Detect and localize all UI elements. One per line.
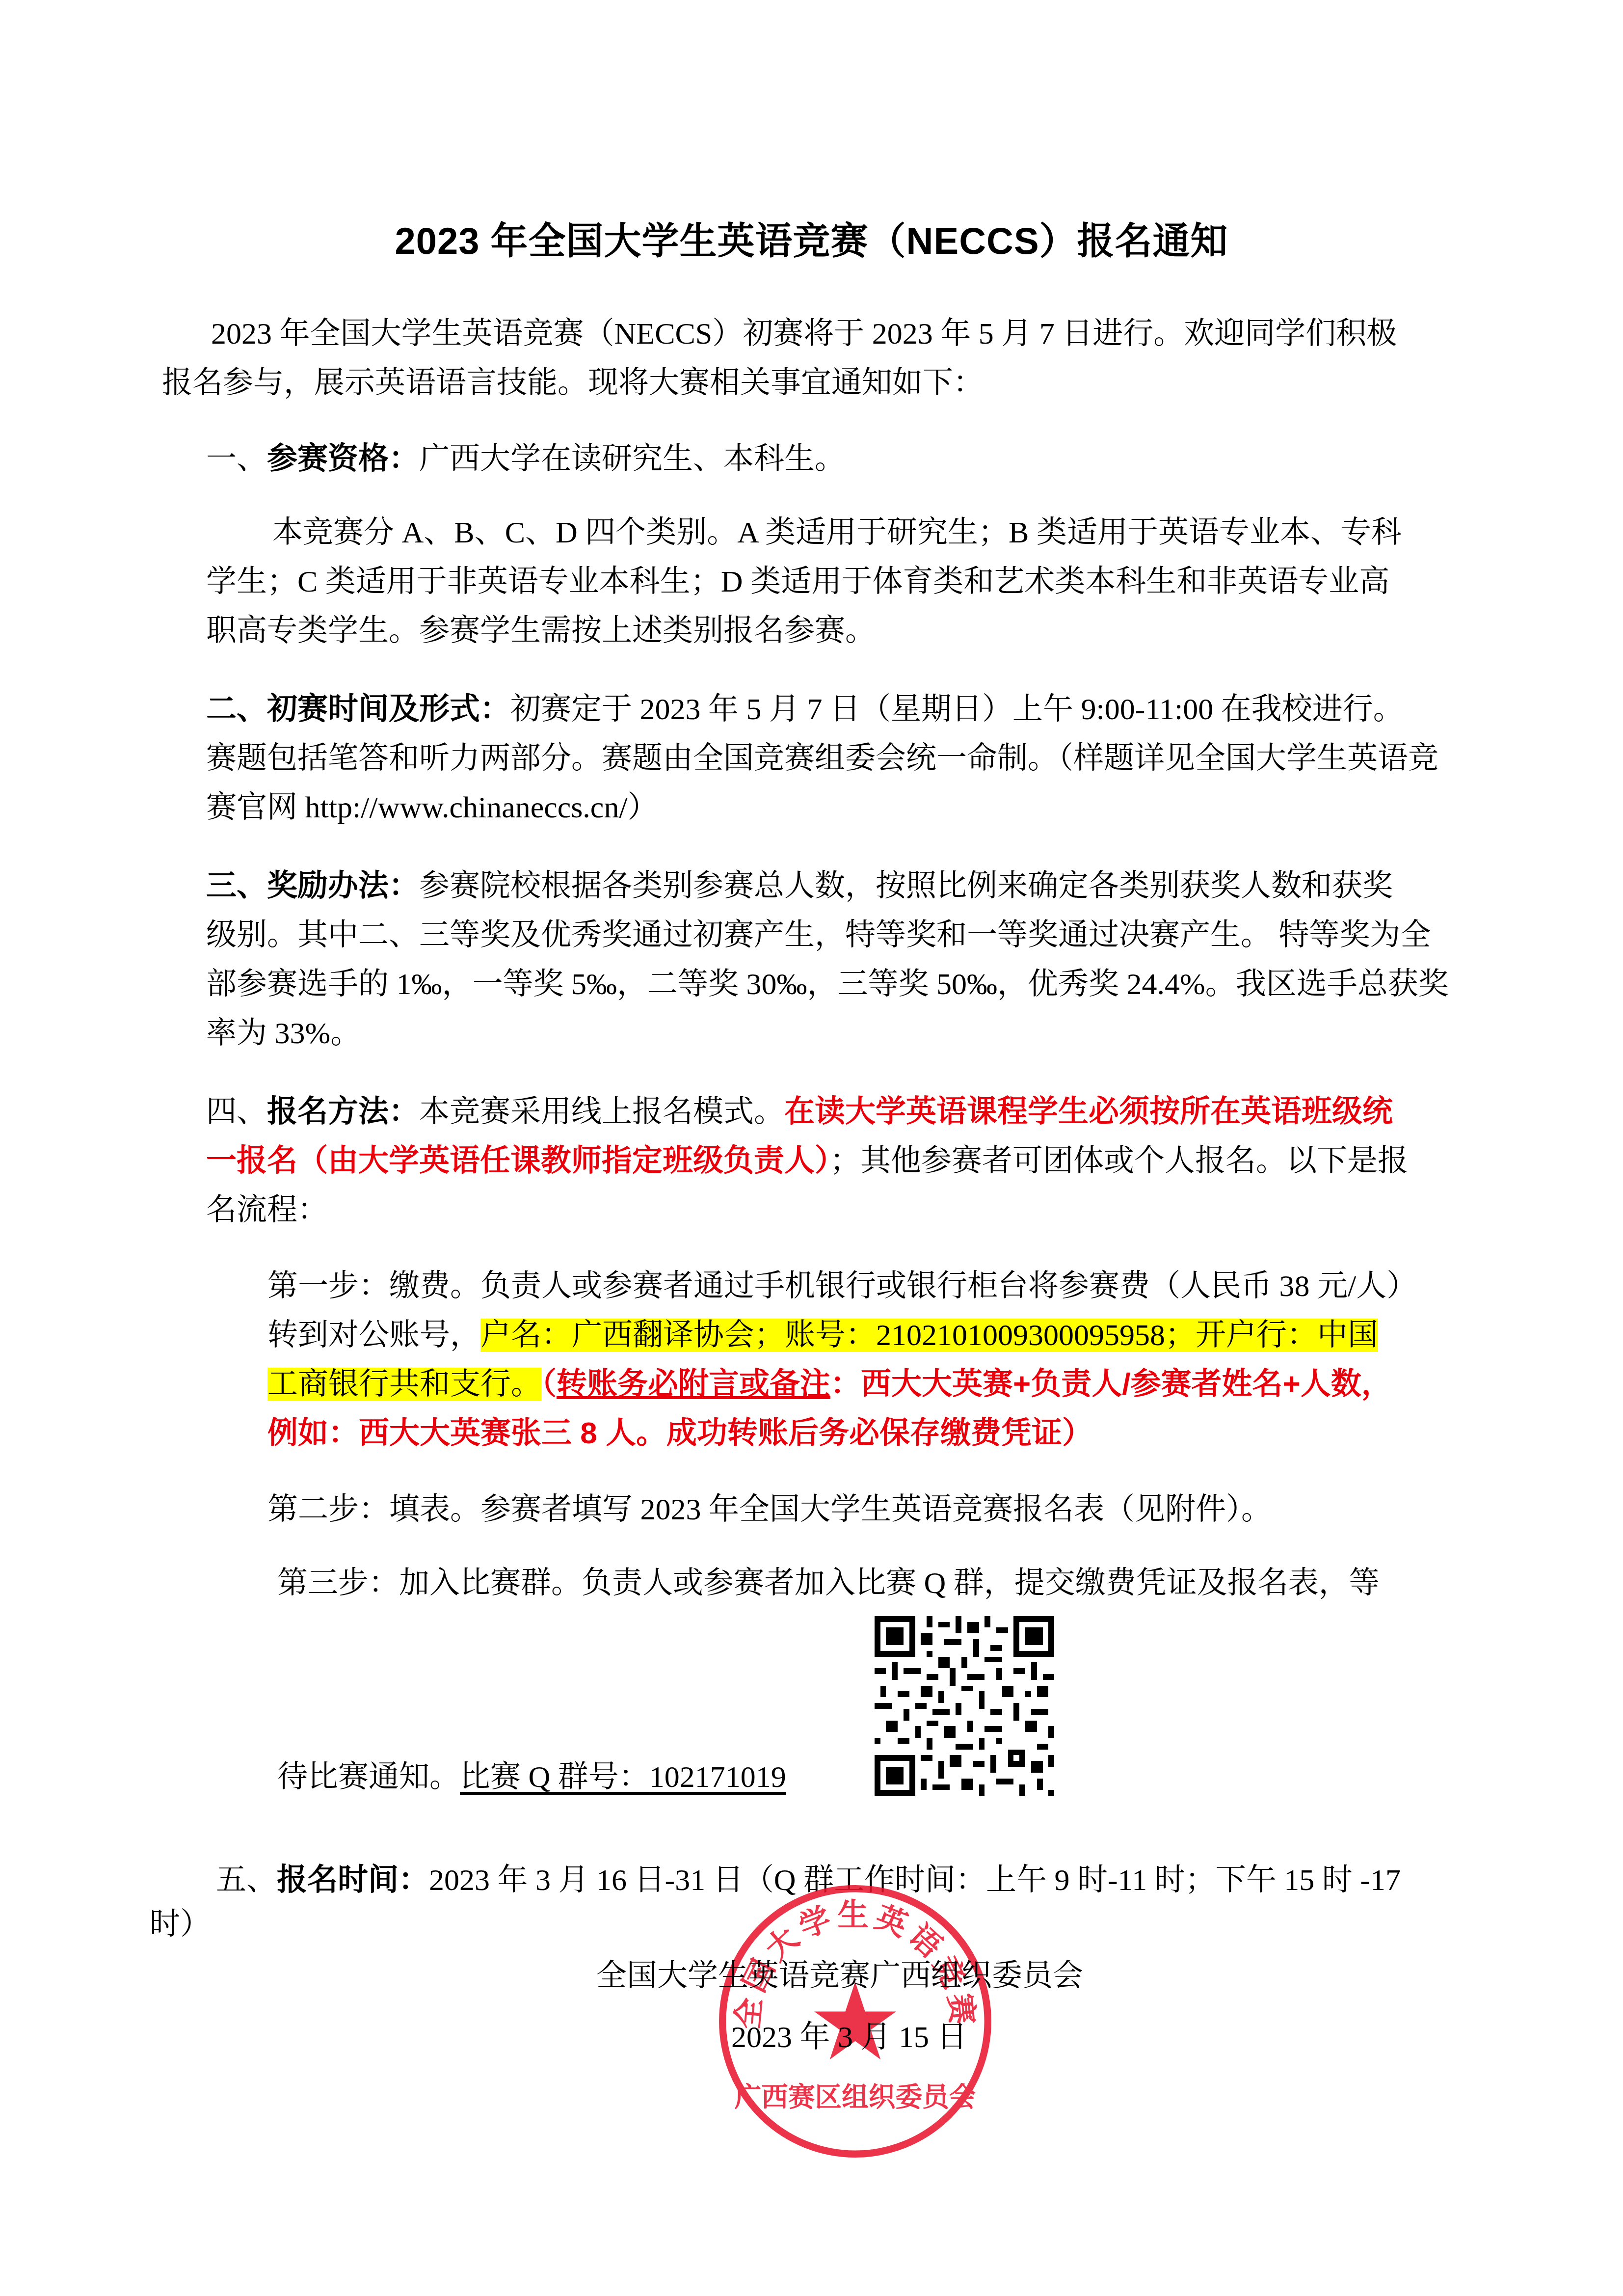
step1-line2: 转到对公账号，户名：广西翻译协会；账号：2102101009300095958；… (267, 1316, 1378, 1355)
step3-line2: 待比赛通知。比赛 Q 群号：102171019 (277, 1757, 821, 1797)
section4-red-requirement: 在读大学英语课程学生必须按所在英语班级统 (784, 1095, 1393, 1129)
section4-text1: 本竞赛采用线上报名模式。 (419, 1095, 784, 1129)
section4-heading: 报名方法： (267, 1095, 419, 1129)
qq-group-id: 102171019 (649, 1760, 786, 1794)
step1-transfer-text: 转到对公账号， (267, 1319, 480, 1352)
section5-text: 2023 年 3 月 16 日-31 日（Q 群工作时间：上午 9 时-11 时… (429, 1864, 1401, 1897)
transfer-note-emphasis: 转账务必附言或备注 (557, 1367, 830, 1401)
section1-heading: 参赛资格： (267, 442, 419, 476)
section5-line1: 五、报名时间：2023 年 3 月 16 日-31 日（Q 群工作时间：上午 9… (216, 1861, 1401, 1900)
qr-code-icon (869, 1608, 1060, 1804)
section5-heading: 报名时间： (277, 1863, 429, 1897)
step3-line1: 第三步：加入比赛群。负责人或参赛者加入比赛 Q 群，提交缴费凭证及报名表，等 (277, 1564, 1380, 1603)
intro-paragraph-line1: 2023 年全国大学生英语竞赛（NECCS）初赛将于 2023 年 5 月 7 … (211, 314, 1397, 353)
intro-paragraph-line2: 报名参与，展示英语语言技能。现将大赛相关事宜通知如下： (162, 363, 984, 403)
section4-red-requirement-cont: 一报名（由大学英语任课教师指定班级负责人） (206, 1144, 830, 1178)
section4-line2: 一报名（由大学英语任课教师指定班级负责人）；其他参赛者可团体或个人报名。以下是报 (206, 1141, 1408, 1181)
signature-organization: 全国大学生英语竞赛广西组织委员会 (596, 1956, 1083, 1996)
stamp-bottom-text: 广西赛区组织委员会 (735, 2081, 976, 2112)
section1-detail-line2: 学生；C 类适用于非英语专业本科生；D 类适用于体育类和艺术类本科生和非英语专业… (206, 562, 1389, 601)
section3-line2: 级别。其中二、三等奖及优秀奖通过初赛产生，特等奖和一等奖通过决赛产生。 特等奖为… (206, 916, 1431, 955)
section3-heading: 三、奖励办法： (206, 869, 419, 903)
section3-line4: 率为 33%。 (206, 1014, 361, 1053)
notice-page: 2023 年全国大学生英语竞赛（NECCS）报名通知 2023 年全国大学生英语… (0, 0, 1623, 2296)
bank-branch-info: 工商银行共和支行。 (267, 1368, 541, 1401)
step1-line1: 第一步：缴费。负责人或参赛者通过手机银行或银行柜台将参赛费（人民币 38 元/人… (267, 1267, 1417, 1306)
section1-text: 广西大学在读研究生、本科生。 (419, 442, 845, 476)
step1-line4: 例如：西大大英赛张三 8 人。成功转账后务必保存缴费凭证） (267, 1414, 1092, 1453)
signature-date: 2023 年 3 月 15 日 (731, 2018, 967, 2057)
section3-line3: 部参赛选手的 1‰，一等奖 5‰，二等奖 30‰，三等奖 50‰，优秀奖 24.… (206, 965, 1449, 1004)
step1-line3: 工商银行共和支行。（转账务必附言或备注：西大大英赛+负责人/参赛者姓名+人数， (267, 1365, 1392, 1404)
qq-group-number: 比赛 Q 群号：102171019 (460, 1760, 821, 1794)
section3-line1: 三、奖励办法：参赛院校根据各类别参赛总人数，按照比例来确定各类别获奖人数和获奖 (206, 866, 1393, 906)
step2-line: 第二步：填表。参赛者填写 2023 年全国大学生英语竞赛报名表（见附件）。 (267, 1490, 1272, 1529)
section1-prefix: 一、 (206, 442, 267, 476)
transfer-note-rest: ：西大大英赛+负责人/参赛者姓名+人数， (830, 1367, 1392, 1401)
section4-text2: ；其他参赛者可团体或个人报名。以下是报 (830, 1144, 1408, 1178)
section2-heading: 二、初赛时间及形式： (206, 692, 510, 726)
section2-text1: 初赛定于 2023 年 5 月 7 日（星期日）上午 9:00-11:00 在我… (510, 693, 1404, 726)
section4-line1: 四、报名方法：本竞赛采用线上报名模式。在读大学英语课程学生必须按所在英语班级统 (206, 1092, 1393, 1132)
section2-line2: 赛题包括笔答和听力两部分。赛题由全国竞赛组委会统一命制。（样题详见全国大学生英语… (206, 739, 1438, 778)
bank-account-info: 户名：广西翻译协会；账号：2102101009300095958；开户行：中国 (480, 1319, 1378, 1352)
section2-line3: 赛官网 http://www.chinaneccs.cn/） (206, 788, 658, 827)
section4-line3: 名流程： (206, 1190, 328, 1230)
section5-line2: 时） (150, 1905, 211, 1944)
section2-line1: 二、初赛时间及形式：初赛定于 2023 年 5 月 7 日（星期日）上午 9:0… (206, 690, 1404, 729)
section1-detail-line1: 本竞赛分 A、B、C、D 四个类别。A 类适用于研究生；B 类适用于英语专业本、… (272, 513, 1402, 552)
section4-prefix: 四、 (206, 1095, 267, 1129)
section1-detail-line3: 职高专类学生。参赛学生需按上述类别报名参赛。 (206, 611, 876, 650)
qq-group-label: 比赛 Q 群号： (460, 1760, 649, 1794)
step3-wait-text: 待比赛通知。 (277, 1760, 460, 1794)
page-title: 2023 年全国大学生英语竞赛（NECCS）报名通知 (0, 211, 1623, 265)
section1-line: 一、参赛资格：广西大学在读研究生、本科生。 (206, 439, 845, 479)
section3-text1: 参赛院校根据各类别参赛总人数，按照比例来确定各类别获奖人数和获奖 (419, 869, 1393, 903)
transfer-note-open: （ (541, 1367, 557, 1401)
section5-prefix: 五、 (216, 1864, 277, 1897)
